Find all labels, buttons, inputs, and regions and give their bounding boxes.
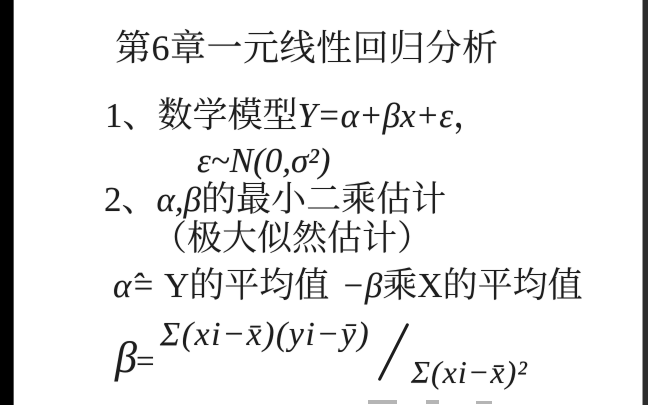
item1-comma: ， [453,96,488,135]
mle-note-text: （极大似然估计） [152,219,432,258]
epsilon-distribution: ε~N(0,σ²) [197,143,330,178]
left-letterbox-bar [0,0,14,405]
alpha-hat-equals: α̂= [113,266,155,305]
alpha-estimate-text2: 乘X的平均值 [382,266,582,305]
beta-equals-sign: = [136,346,155,379]
item1-number: 1、 [105,96,158,135]
item2-number: 2、 [104,180,157,219]
item1-label: 数学模型 [158,96,298,135]
item2-label: 的最小二乘估计 [201,180,446,219]
alpha-estimate-line: α̂=Y的平均值−β乘X的平均值 [113,268,583,303]
cutoff-text-mark [368,400,397,404]
right-letterbox-bar [642,0,648,405]
mle-note: （极大似然估计） [152,221,432,256]
slide-title-text: 第6章一元线性回归分析 [115,28,499,68]
cutoff-text-mark [476,401,492,404]
item1-math-model: 1、数学模型Y=α+βx+ε， [105,98,488,133]
minus-beta: −β [341,266,382,305]
alpha-estimate-text1: Y的平均值 [164,266,329,305]
slide-title: 第6章一元线性回归分析 [115,30,499,66]
beta-symbol-text: β [115,333,137,382]
item2-least-squares: 2、α,β的最小二乘估计 [104,182,446,217]
epsilon-distribution-text: ε~N(0,σ²) [197,141,330,180]
beta-fraction-numerator: Σ(xi−x̄)(yi−ȳ) [160,318,370,352]
beta-fraction-denominator: Σ(xi−x̄)² [411,356,528,388]
beta-symbol: β [115,336,137,380]
fraction-slash [378,323,410,381]
beta-numerator-text: Σ(xi−x̄)(yi−ȳ) [160,316,370,353]
lecture-slide-frame: 第6章一元线性回归分析 1、数学模型Y=α+βx+ε， ε~N(0,σ²) 2、… [0,0,648,405]
beta-denominator-text: Σ(xi−x̄)² [411,354,528,390]
cutoff-text-mark [426,400,439,404]
item2-params: α,β [157,180,202,219]
item1-formula: Y=α+βx+ε [298,96,453,135]
beta-equals-text: = [136,344,155,380]
